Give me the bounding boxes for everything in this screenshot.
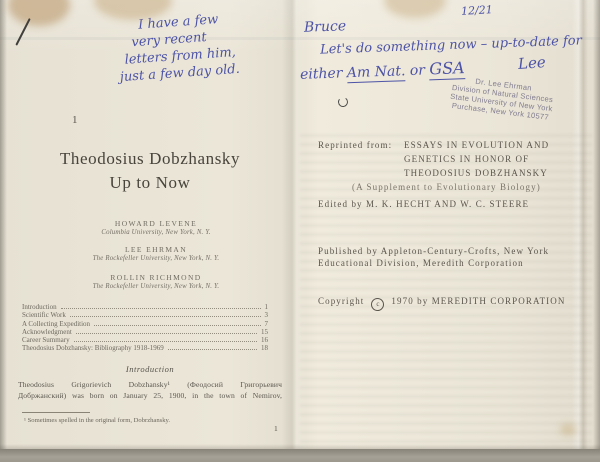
- reprint-subtitle: (A Supplement to Evolutionary Biology): [352, 182, 541, 192]
- toc-page: 3: [265, 311, 269, 319]
- author-affiliation: The Rockefeller University, New York, N.…: [6, 283, 306, 290]
- body-text-line: Theodosius Grigorievich Dobzhansky¹ (Фео…: [18, 380, 282, 389]
- toc-leader-dots: [76, 333, 257, 334]
- footnote: ¹ Sometimes spelled in the original form…: [24, 417, 170, 424]
- copyright-text: 1970 by MEREDITH CORPORATION: [391, 296, 565, 306]
- reprint-title-line: ESSAYS IN EVOLUTION AND: [404, 140, 549, 150]
- author-affiliation: The Rockefeller University, New York, N.…: [6, 255, 306, 262]
- copyright-line: Copyrightc1970 by MEREDITH CORPORATION: [318, 296, 565, 311]
- toc-label: Introduction: [22, 303, 57, 311]
- toc-page: 1: [265, 303, 269, 311]
- toc-row: Introduction 1: [22, 303, 268, 311]
- scanner-bed-band: [0, 449, 600, 462]
- note-salutation: Bruce: [304, 18, 347, 35]
- edited-by-line: Edited by M. K. HECHT AND W. C. STEERE: [318, 199, 529, 209]
- toc-row: Acknowledgment 15: [22, 328, 268, 336]
- page-number: 1: [274, 424, 278, 433]
- toc-label: Scientific Work: [22, 311, 66, 319]
- copyright-word: Copyright: [318, 296, 364, 306]
- toc-page: 16: [261, 336, 268, 344]
- toc-leader-dots: [74, 341, 257, 342]
- toc-page: 7: [265, 320, 269, 328]
- note-am-nat-underlined: Am Nat.: [347, 63, 406, 83]
- body-text-line: Добржанский) was born on January 25, 190…: [18, 391, 282, 400]
- table-of-contents: Introduction 1 Scientific Work 3 A Colle…: [22, 303, 268, 353]
- copyright-symbol-icon: c: [371, 298, 384, 311]
- note-either: either: [300, 65, 347, 83]
- section-heading: Introduction: [0, 364, 300, 374]
- toc-page: 15: [261, 328, 268, 336]
- toc-row: Scientific Work 3: [22, 311, 268, 319]
- author-name: ROLLIN RICHMOND: [6, 273, 306, 282]
- right-page-edge: [593, 0, 600, 452]
- note-gsa-underlined: GSA: [429, 58, 465, 80]
- toc-leader-dots: [70, 316, 261, 317]
- handwritten-date: 12/21: [461, 3, 493, 18]
- toc-label: Acknowledgment: [22, 328, 72, 336]
- toc-label: Theodosius Dobzhansky: Bibliography 1918…: [22, 344, 164, 352]
- toc-leader-dots: [94, 325, 260, 326]
- toc-page: 18: [261, 344, 268, 352]
- reprint-title-line: THEODOSIUS DOBZHANSKY: [404, 168, 548, 178]
- note-or: or: [405, 62, 430, 79]
- publisher-line: Published by Appleton-Century-Crofts, Ne…: [318, 246, 549, 256]
- author-name: HOWARD LEVENE: [6, 219, 306, 228]
- toc-label: Career Summary: [22, 336, 70, 344]
- footnote-rule: [22, 412, 90, 413]
- page-title: Theodosius Dobzhansky Up to Now: [0, 147, 300, 195]
- author-name: LEE EHRMAN: [6, 245, 306, 254]
- handwritten-note-left: I have a few very recent letters from hi…: [116, 10, 241, 86]
- chapter-number: 1: [72, 114, 79, 126]
- title-line-2: Up to Now: [0, 171, 300, 195]
- toc-row: A Collecting Expedition 7: [22, 320, 268, 328]
- scanned-book-spread: 1 Theodosius Dobzhansky Up to Now HOWARD…: [0, 0, 600, 462]
- reprint-title-line: GENETICS IN HONOR OF: [404, 154, 529, 164]
- toc-row: Theodosius Dobzhansky: Bibliography 1918…: [22, 344, 268, 352]
- toc-row: Career Summary 16: [22, 336, 268, 344]
- publisher-line: Educational Division, Meredith Corporati…: [318, 258, 524, 268]
- toc-leader-dots: [168, 349, 257, 350]
- toc-label: A Collecting Expedition: [22, 320, 90, 328]
- title-line-1: Theodosius Dobzhansky: [0, 147, 300, 171]
- toc-leader-dots: [61, 308, 261, 309]
- author-affiliation: Columbia University, New York, N. Y.: [6, 229, 306, 236]
- note-signature: Lee: [517, 53, 546, 73]
- stain-mark: [560, 424, 576, 435]
- reprinted-from-label: Reprinted from:: [318, 140, 392, 150]
